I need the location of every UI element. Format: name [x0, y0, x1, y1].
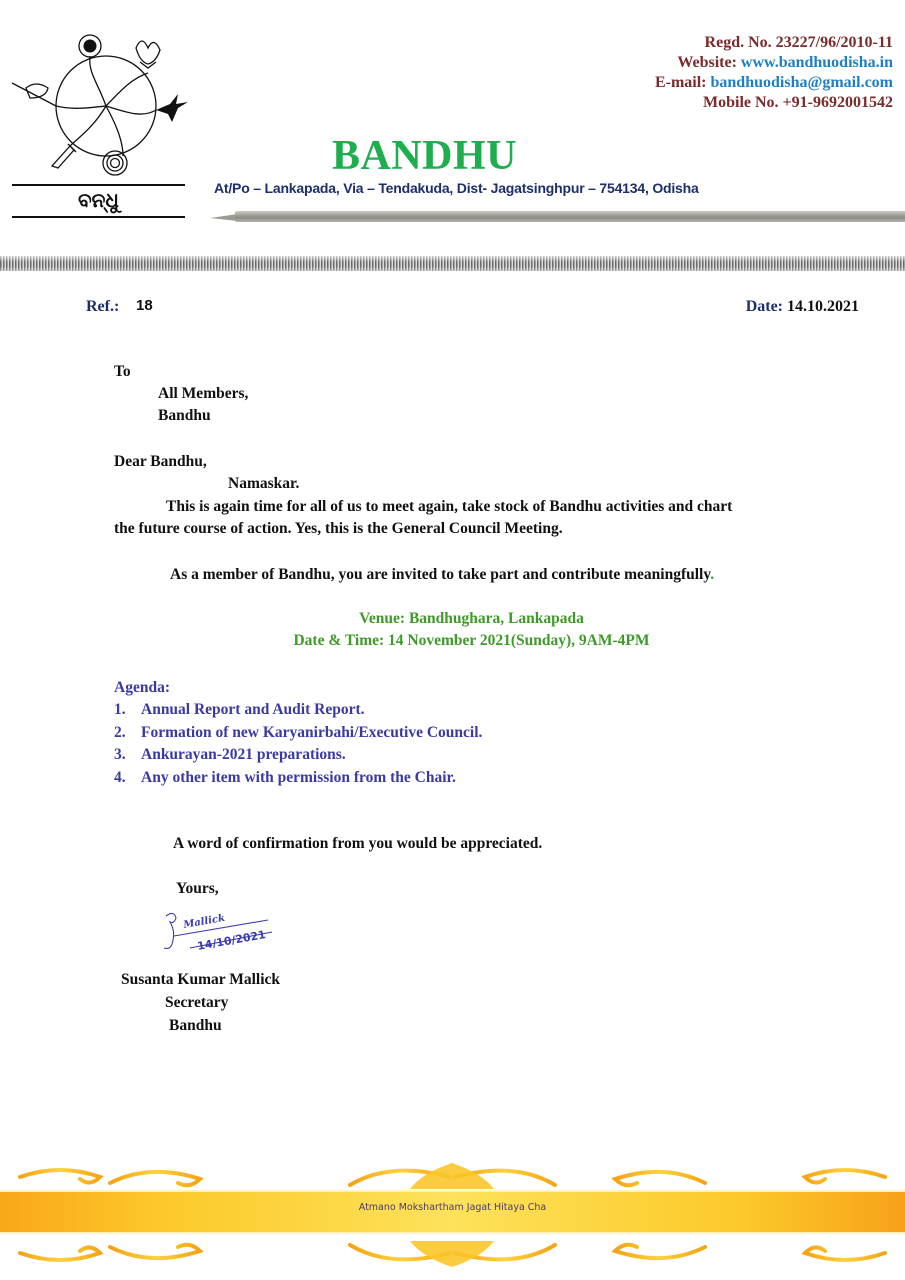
greeting: Namaskar. — [228, 473, 299, 495]
footer-motto: Atmano Mokshartham Jagat Hitaya Cha — [0, 1202, 905, 1213]
organization-address: At/Po – Lankapada, Via – Tendakuda, Dist… — [214, 180, 699, 196]
letter-date: Date: 14.10.2021 — [746, 298, 859, 316]
mobile-number: Mobile No. +91-9692001542 — [655, 93, 893, 113]
recipient-line-1: All Members, — [158, 383, 248, 405]
pen-shaft — [235, 211, 905, 222]
logo-divider-bottom — [12, 216, 185, 218]
email-line: E-mail: bandhuodisha@gmail.com — [655, 73, 893, 93]
registration-number: Regd. No. 23227/96/2010-11 — [655, 33, 893, 53]
agenda-list: 1.Annual Report and Audit Report. 2.Form… — [114, 699, 482, 789]
footer-banner: Atmano Mokshartham Jagat Hitaya Cha — [0, 1155, 905, 1275]
website-line: Website: www.bandhuodisha.in — [655, 53, 893, 73]
agenda-item-number: 2. — [114, 722, 141, 745]
meeting-datetime: Date & Time: 14 November 2021(Sunday), 9… — [0, 630, 905, 652]
signer-title: Secretary — [165, 992, 228, 1014]
invitation-text: As a member of Bandhu, you are invited t… — [170, 566, 710, 583]
contact-block: Regd. No. 23227/96/2010-11 Website: www.… — [655, 33, 893, 113]
logo-divider-top — [12, 184, 185, 186]
signature-date: 14/10/2021 — [196, 928, 266, 953]
agenda-item: 3.Ankurayan-2021 preparations. — [114, 744, 482, 767]
date-value: 14.10.2021 — [787, 298, 859, 315]
signer-organization: Bandhu — [169, 1015, 222, 1037]
logo-emblem-icon — [8, 28, 198, 188]
salutation: Dear Bandhu, — [114, 451, 207, 473]
recipient-line-2: Bandhu — [158, 405, 211, 427]
pen-tip-icon — [210, 214, 238, 221]
agenda-item: 4.Any other item with permission from th… — [114, 767, 482, 790]
email-label: E-mail: — [655, 74, 707, 91]
ref-value: 18 — [136, 297, 153, 314]
agenda-item: 2.Formation of new Karyanirbahi/Executiv… — [114, 722, 482, 745]
logo-odia-name: ବନ୍ଧୁ — [12, 188, 185, 212]
agenda-item-number: 4. — [114, 767, 141, 790]
paragraph-intro: This is again time for all of us to meet… — [114, 496, 754, 540]
handwritten-signature: Mallick 14/10/2021 — [160, 908, 280, 958]
meeting-venue: Venue: Bandhughara, Lankapada — [0, 608, 905, 630]
website-link[interactable]: www.bandhuodisha.in — [741, 54, 893, 71]
signature-icon: Mallick 14/10/2021 — [160, 908, 280, 958]
signer-name: Susanta Kumar Mallick — [121, 969, 280, 991]
date-label: Date: — [746, 298, 783, 315]
confirmation-request: A word of confirmation from you would be… — [173, 833, 542, 855]
agenda-title: Agenda: — [114, 677, 170, 700]
to-label: To — [114, 361, 131, 383]
agenda-item-number: 1. — [114, 699, 141, 722]
website-label: Website: — [677, 54, 737, 71]
ref-label: Ref.: — [86, 298, 119, 316]
header-pen-divider — [210, 210, 905, 224]
agenda-item-text: Annual Report and Audit Report. — [141, 699, 365, 722]
closing: Yours, — [176, 878, 219, 900]
agenda-item-text: Ankurayan-2021 preparations. — [141, 744, 346, 767]
agenda-item-text: Formation of new Karyanirbahi/Executive … — [141, 722, 482, 745]
agenda-item-number: 3. — [114, 744, 141, 767]
paragraph-invitation: As a member of Bandhu, you are invited t… — [170, 564, 714, 586]
agenda-item: 1.Annual Report and Audit Report. — [114, 699, 482, 722]
organization-name: BANDHU — [332, 132, 517, 180]
invitation-period: . — [710, 566, 714, 583]
ribbed-divider-shade — [0, 256, 905, 271]
agenda-item-text: Any other item with permission from the … — [141, 767, 456, 790]
email-link[interactable]: bandhuodisha@gmail.com — [711, 74, 894, 91]
